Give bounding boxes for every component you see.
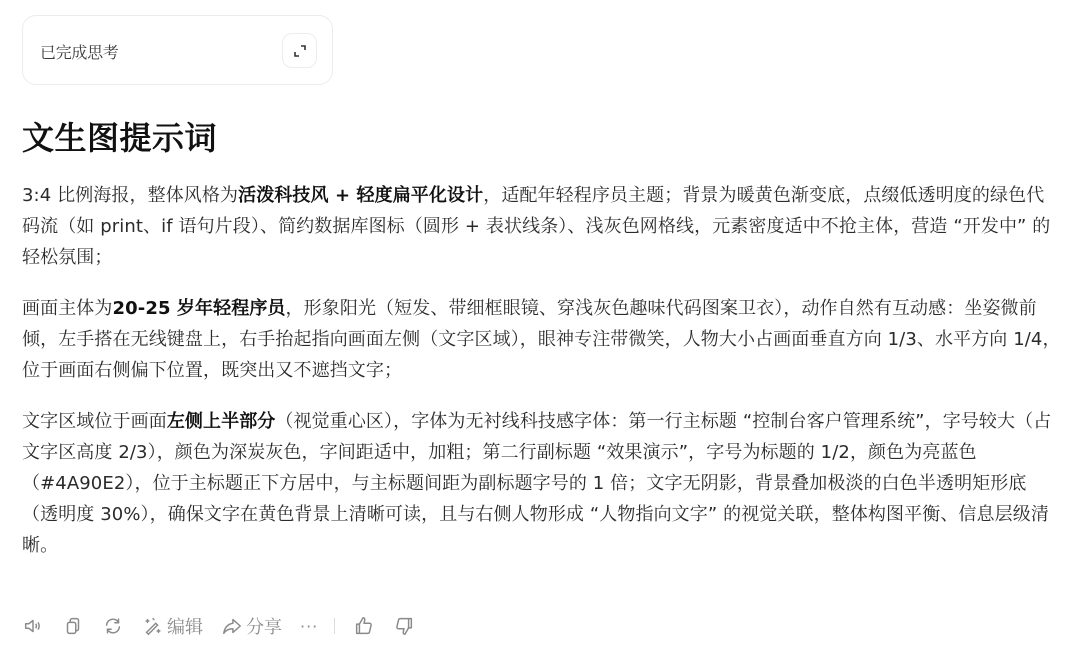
thinking-status-label: 已完成思考 — [40, 40, 119, 63]
text-run: 文字区域位于画面 — [22, 411, 167, 432]
like-button[interactable] — [353, 612, 375, 640]
toolbar-divider — [334, 618, 335, 634]
regenerate-icon — [102, 615, 124, 637]
speaker-icon — [22, 615, 44, 637]
thinking-summary-card[interactable]: 已完成思考 — [22, 15, 333, 85]
edit-wand-icon — [142, 615, 164, 637]
share-button[interactable]: 分享 — [221, 612, 282, 640]
thumbs-up-icon — [353, 615, 375, 637]
paragraph-text-area: 文字区域位于画面左侧上半部分（视觉重心区），字体为无衬线科技感字体：第一行主标题… — [22, 406, 1062, 561]
copy-icon — [62, 615, 84, 637]
message-action-toolbar: 编辑 分享 ··· — [22, 612, 433, 640]
expand-icon — [292, 43, 308, 59]
more-icon: ··· — [300, 617, 318, 636]
expand-thinking-button[interactable] — [282, 33, 317, 68]
regenerate-button[interactable] — [102, 612, 124, 640]
thumbs-down-icon — [393, 615, 415, 637]
page-title: 文生图提示词 — [22, 113, 217, 159]
prompt-content: 3:4 比例海报，整体风格为活泼科技风 + 轻度扁平化设计，适配年轻程序员主题；… — [22, 180, 1062, 581]
edit-label: 编辑 — [167, 613, 203, 639]
read-aloud-button[interactable] — [22, 612, 44, 640]
paragraph-subject: 画面主体为20-25 岁年轻程序员，形象阳光（短发、带细框眼镜、穿浅灰色趣味代码… — [22, 293, 1062, 386]
more-button[interactable]: ··· — [300, 612, 318, 640]
bold-run: 活泼科技风 + 轻度扁平化设计 — [238, 185, 483, 206]
share-icon — [221, 615, 243, 637]
bold-run: 20-25 岁年轻程序员 — [113, 298, 286, 319]
text-run: （视觉重心区），字体为无衬线科技感字体：第一行主标题 “控制台客户管理系统”，字… — [22, 411, 1051, 556]
paragraph-style: 3:4 比例海报，整体风格为活泼科技风 + 轻度扁平化设计，适配年轻程序员主题；… — [22, 180, 1062, 273]
bold-run: 左侧上半部分 — [167, 411, 276, 432]
copy-button[interactable] — [62, 612, 84, 640]
share-label: 分享 — [246, 613, 282, 639]
text-run: 画面主体为 — [22, 298, 113, 319]
text-run: 3:4 比例海报，整体风格为 — [22, 185, 238, 206]
edit-button[interactable]: 编辑 — [142, 612, 203, 640]
dislike-button[interactable] — [393, 612, 415, 640]
